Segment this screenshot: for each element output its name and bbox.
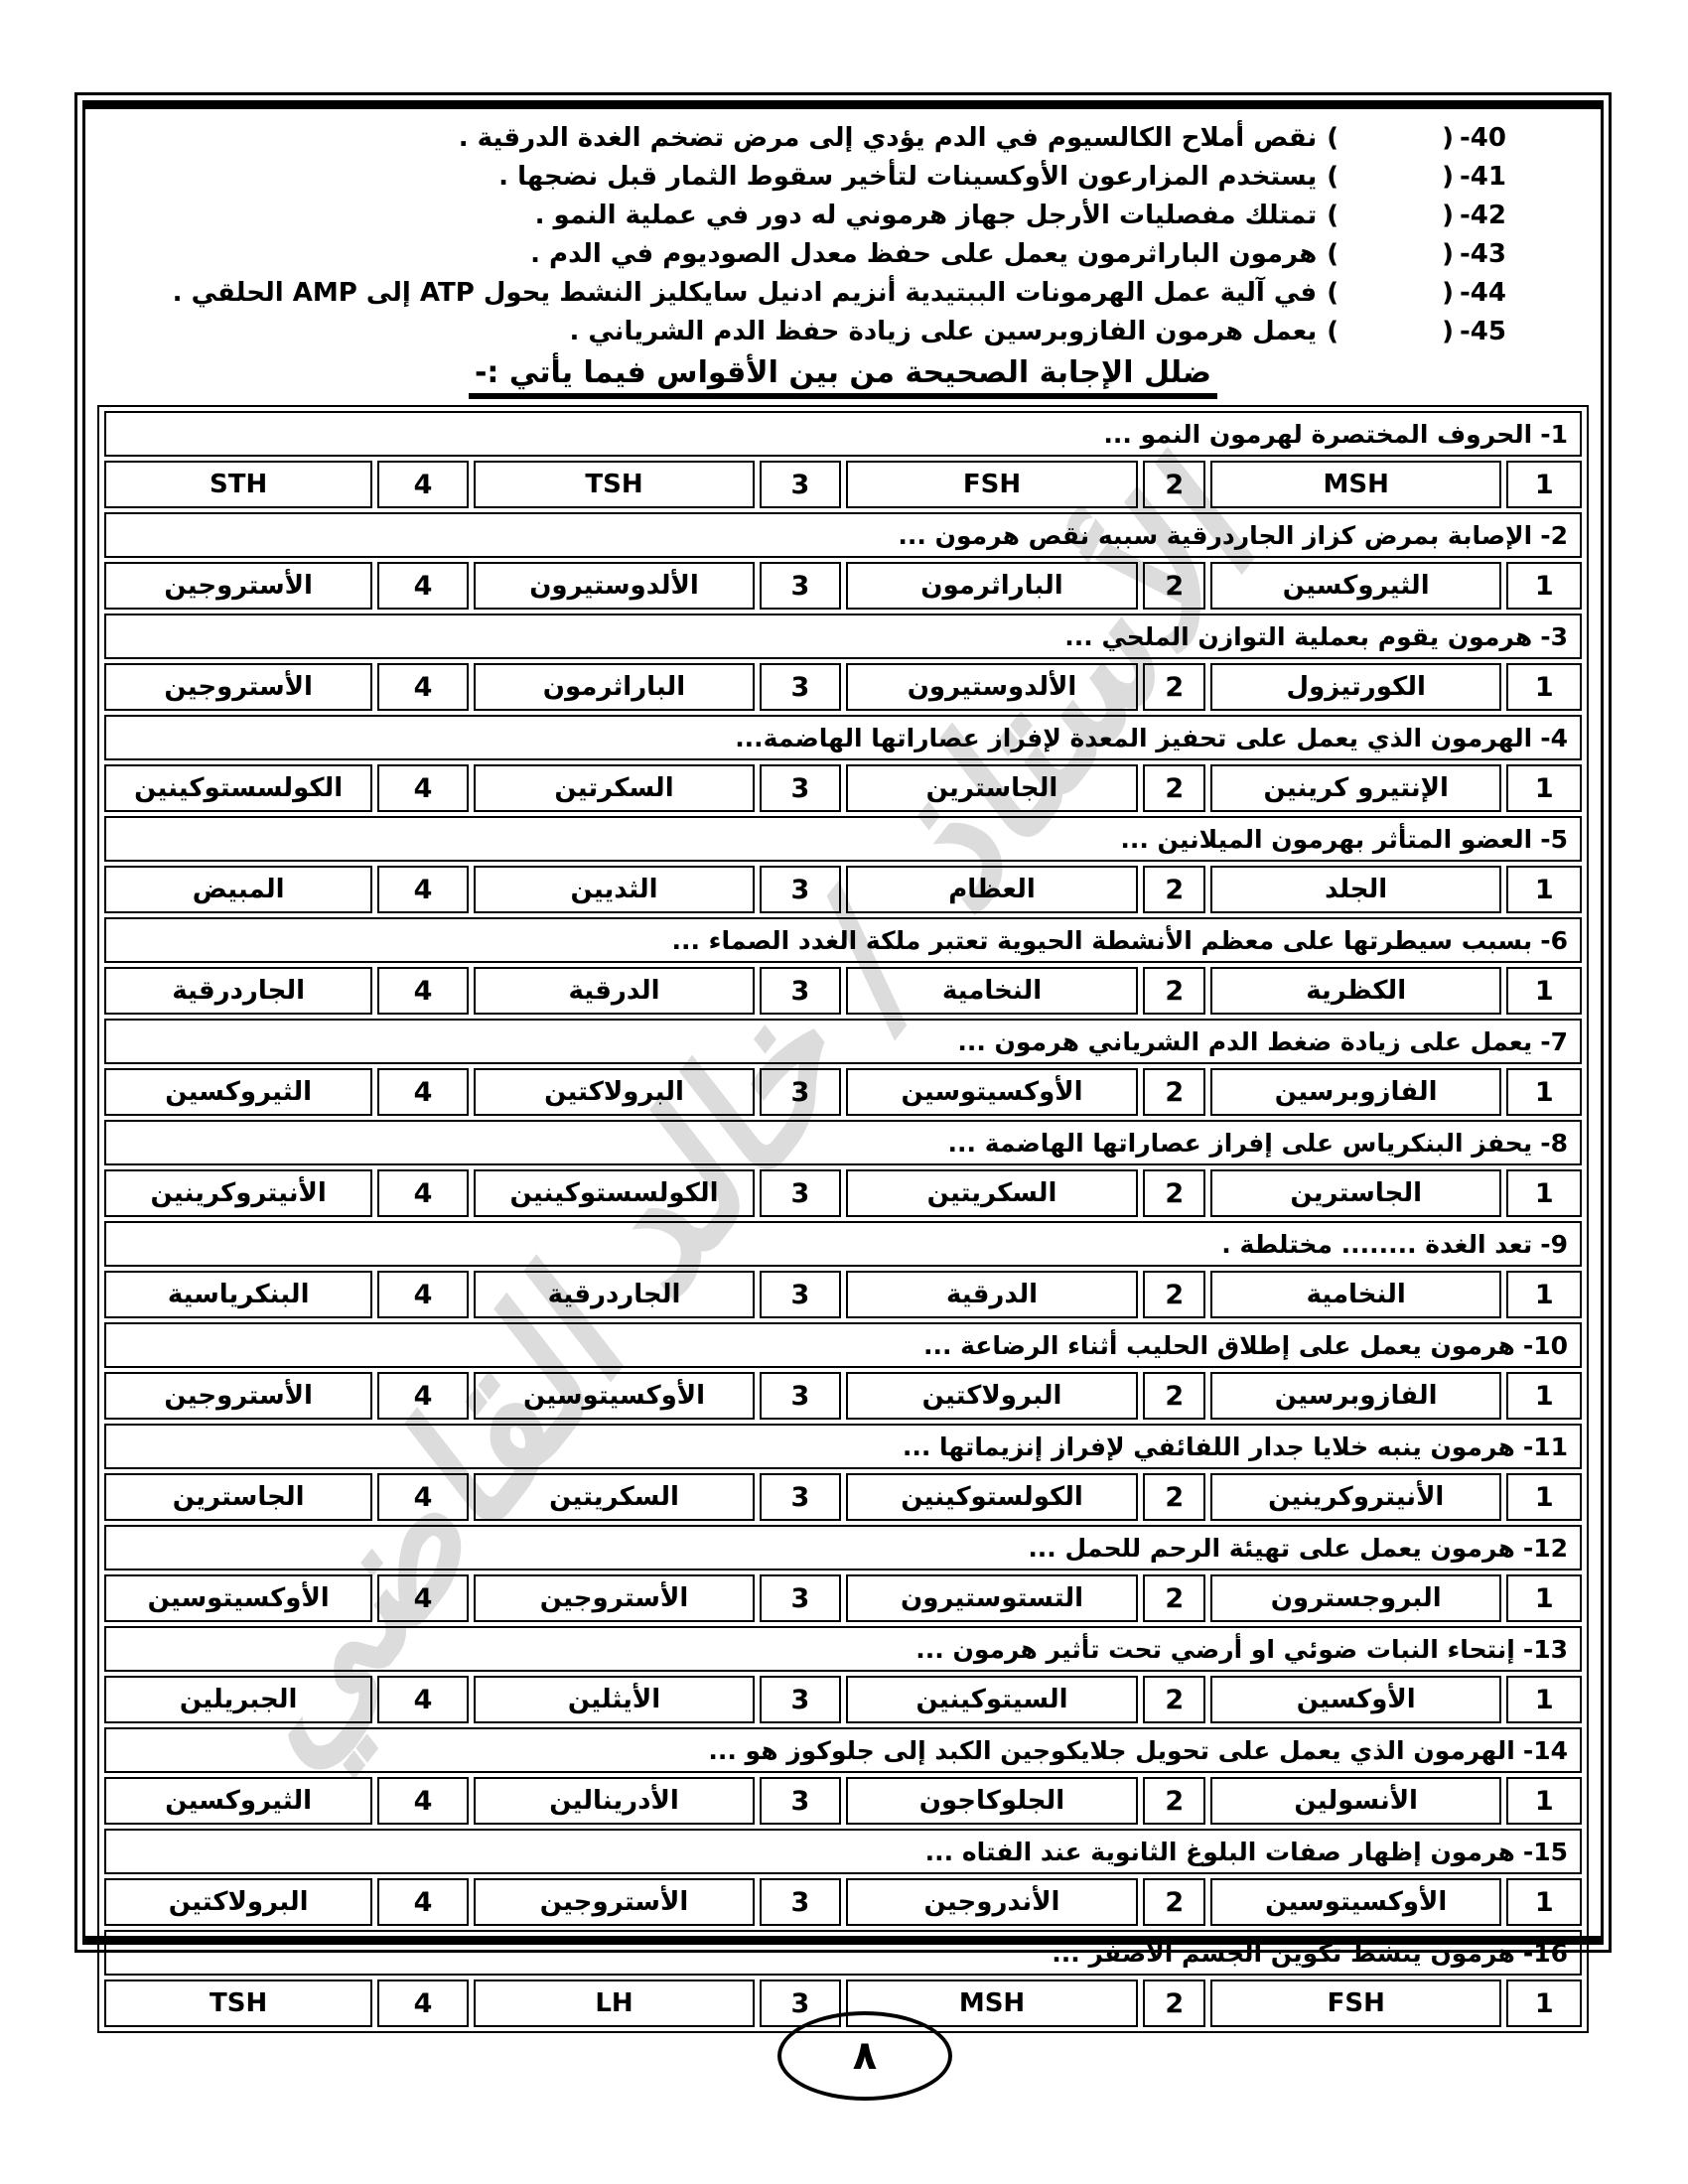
question-cell: -6بسبب سيطرتها على معظم الأنشطة الحيوية … (104, 917, 1582, 963)
option-cell: الثديين (474, 866, 755, 913)
option-number: 3 (790, 1280, 809, 1310)
option-number: 3 (790, 1482, 809, 1513)
statement-text: في آلية عمل الهرمونات الببتيدية أنزيم اد… (173, 274, 1318, 313)
option-text: الجاردرقية (548, 1280, 681, 1309)
option-number: 2 (1165, 1280, 1184, 1310)
options-row: 1البروجسترون2التستوستيرون3الأستروجين4الأ… (104, 1574, 1582, 1622)
option-text: الكظرية (1306, 976, 1406, 1006)
answer-parens: () (1327, 313, 1454, 351)
question-number: -6 (1540, 926, 1568, 955)
question-cell: -15هرمون إظهار صفات البلوغ الثانوية عند … (104, 1829, 1582, 1874)
option-number-cell: 1 (1506, 1574, 1582, 1622)
option-cell: الباراثرمون (846, 562, 1139, 610)
option-number-cell: 1 (1506, 1473, 1582, 1521)
question-row: -10هرمون يعمل على إطلاق الحليب أثناء الر… (104, 1322, 1582, 1368)
option-number-cell: 1 (1506, 1372, 1582, 1420)
option-text: السكرتين (554, 773, 673, 803)
option-cell: TSH (104, 1979, 372, 2027)
statement-text: يعمل هرمون الفازوبرسين على زيادة حفظ الد… (569, 313, 1317, 351)
option-number: 1 (1535, 470, 1554, 500)
statement-number: -42 (1460, 197, 1511, 235)
statement-text: تمتلك مفصليات الأرجل جهاز هرموني له دور … (535, 197, 1318, 235)
option-text: الأوكسين (1297, 1685, 1416, 1714)
option-cell: الأنيتروكرينين (1210, 1473, 1502, 1521)
option-number: 2 (1165, 1381, 1184, 1412)
option-number-cell: 1 (1506, 663, 1582, 711)
option-number-cell: 1 (1506, 562, 1582, 610)
question-cell: -7يعمل على زيادة ضغط الدم الشرياني هرمون… (104, 1019, 1582, 1064)
option-cell: STH (104, 461, 372, 508)
option-cell: الثيروكسين (1210, 562, 1502, 610)
option-number-cell: 3 (760, 562, 840, 610)
option-cell: TSH (474, 461, 755, 508)
option-text: النخامية (942, 976, 1042, 1006)
page-number-ellipse: ٨ (777, 2011, 952, 2101)
option-cell: الدرقية (474, 967, 755, 1015)
question-cell: -12هرمون يعمل على تهيئة الرحم للحمل ... (104, 1525, 1582, 1570)
options-row: 1الكورتيزول2الألدوستيرون3الباراثرمون4الأ… (104, 663, 1582, 711)
question-number: -1 (1540, 420, 1568, 449)
options-row: 1الكظرية2النخامية3الدرقية4الجاردرقية (104, 967, 1582, 1015)
option-number: 1 (1535, 1381, 1554, 1412)
option-text: FSH (1328, 1988, 1385, 2018)
option-text: الدرقية (946, 1280, 1038, 1309)
question-text: هرمون يعمل على إطلاق الحليب أثناء الرضاع… (923, 1331, 1515, 1360)
option-number: 4 (414, 1685, 433, 1715)
question-row: -3هرمون يقوم بعملية التوازن الملحي ... (104, 614, 1582, 659)
option-cell: الأنسولين (1210, 1777, 1502, 1825)
option-number-cell: 3 (760, 764, 840, 812)
option-cell: الألدوستيرون (846, 663, 1139, 711)
option-number: 4 (414, 976, 433, 1007)
option-number-cell: 2 (1143, 1372, 1204, 1420)
option-number-cell: 4 (377, 1574, 469, 1622)
statement-number: -43 (1460, 235, 1511, 274)
option-cell: التستوستيرون (846, 1574, 1139, 1622)
option-text: الدرقية (568, 976, 659, 1006)
option-number: 2 (1165, 1583, 1184, 1614)
option-text: الجلوكاجون (919, 1786, 1064, 1816)
option-number: 3 (790, 773, 809, 804)
option-number: 2 (1165, 1178, 1184, 1209)
option-number-cell: 3 (760, 1068, 840, 1116)
question-cell: -3هرمون يقوم بعملية التوازن الملحي ... (104, 614, 1582, 659)
option-cell: الكورتيزول (1210, 663, 1502, 711)
question-text: هرمون ينشط تكوين الجسم الأصفر ... (1052, 1939, 1515, 1968)
question-text: الهرمون الذي يعمل على تحويل جلايكوجين ال… (708, 1736, 1515, 1765)
options-row: 1الأنسولين2الجلوكاجون3الأدرينالين4الثيرو… (104, 1777, 1582, 1825)
option-cell: البنكرياسية (104, 1271, 372, 1318)
option-text: الثيروكسين (165, 1786, 312, 1816)
option-cell: الفازوبرسين (1210, 1068, 1502, 1116)
option-number: 4 (414, 1583, 433, 1614)
option-number-cell: 1 (1506, 967, 1582, 1015)
option-number-cell: 4 (377, 1068, 469, 1116)
option-number: 1 (1535, 1077, 1554, 1108)
option-number-cell: 2 (1143, 562, 1204, 610)
option-cell: الفازوبرسين (1210, 1372, 1502, 1420)
option-text: الأستروجين (540, 1583, 689, 1613)
option-number-cell: 4 (377, 461, 469, 508)
question-number: -3 (1540, 622, 1568, 651)
statement-text: هرمون الباراثرمون يعمل على حفظ معدل الصو… (530, 235, 1317, 274)
option-number: 4 (414, 1887, 433, 1918)
option-number: 4 (414, 672, 433, 703)
question-cell: -9تعد الغدة ........ مختلطة . (104, 1221, 1582, 1267)
option-number-cell: 3 (760, 866, 840, 913)
option-text: الأيثلين (568, 1685, 660, 1714)
option-cell: الإنتيرو كرينين (1210, 764, 1502, 812)
option-number-cell: 4 (377, 1676, 469, 1723)
options-row: 1الفازوبرسين2الأوكسيتوسين3البرولاكتين4ال… (104, 1068, 1582, 1116)
option-number: 4 (414, 470, 433, 500)
option-number-cell: 3 (760, 663, 840, 711)
option-text: الجاسترين (926, 773, 1058, 803)
answer-parens: () (1327, 235, 1454, 274)
question-number: -15 (1523, 1838, 1568, 1866)
question-row: -5العضو المتأثر بهرمون الميلانين ... (104, 816, 1582, 862)
option-number: 1 (1535, 1887, 1554, 1918)
option-number-cell: 1 (1506, 866, 1582, 913)
statement-line: -41()يستخدم المزارعون الأوكسينات لتأخير … (101, 158, 1511, 197)
question-row: -15هرمون إظهار صفات البلوغ الثانوية عند … (104, 1829, 1582, 1874)
option-cell: المبيض (104, 866, 372, 913)
question-cell: -5العضو المتأثر بهرمون الميلانين ... (104, 816, 1582, 862)
option-number: 3 (790, 1583, 809, 1614)
option-number: 3 (790, 875, 809, 905)
option-number: 4 (414, 1988, 433, 2019)
option-number-cell: 1 (1506, 1777, 1582, 1825)
option-text: البرولاكتين (169, 1887, 309, 1917)
option-number: 2 (1165, 470, 1184, 500)
option-cell: الجبريلين (104, 1676, 372, 1723)
option-number: 4 (414, 773, 433, 804)
option-cell: النخامية (1210, 1271, 1502, 1318)
option-number: 2 (1165, 1685, 1184, 1715)
option-cell: الكظرية (1210, 967, 1502, 1015)
option-cell: الأستروجين (474, 1574, 755, 1622)
option-text: MSH (959, 1988, 1025, 2018)
statement-line: -42()تمتلك مفصليات الأرجل جهاز هرموني له… (101, 197, 1511, 235)
option-number-cell: 3 (760, 1372, 840, 1420)
option-number: 1 (1535, 976, 1554, 1007)
question-number: -9 (1540, 1230, 1568, 1259)
statement-line: -44()في آلية عمل الهرمونات الببتيدية أنز… (101, 274, 1511, 313)
question-text: هرمون إظهار صفات البلوغ الثانوية عند الف… (925, 1838, 1515, 1866)
answer-parens: () (1327, 197, 1454, 235)
option-cell: LH (474, 1979, 755, 2027)
option-text: السكريتين (549, 1482, 679, 1512)
option-number: 1 (1535, 1583, 1554, 1614)
question-text: الإصابة بمرض كزاز الجاردرقية سببه نقص هر… (898, 521, 1532, 550)
page-frame: -40()نقص أملاح الكالسيوم في الدم يؤدي إل… (74, 92, 1612, 1953)
mcq-heading: ضلل الإجابة الصحيحة من بين الأقواس فيما … (469, 355, 1217, 399)
option-number: 2 (1165, 976, 1184, 1007)
option-number-cell: 3 (760, 1777, 840, 1825)
option-number-cell: 2 (1143, 1068, 1204, 1116)
question-row: -14الهرمون الذي يعمل على تحويل جلايكوجين… (104, 1727, 1582, 1773)
option-number-cell: 3 (760, 1473, 840, 1521)
answer-parens: () (1327, 119, 1454, 158)
answer-parens: () (1327, 274, 1454, 313)
question-text: العضو المتأثر بهرمون الميلانين ... (1120, 825, 1532, 854)
statement-number: -45 (1460, 313, 1511, 351)
option-text: الألدوستيرون (908, 672, 1077, 702)
option-number-cell: 3 (760, 1574, 840, 1622)
question-cell: -1الحروف المختصرة لهرمون النمو ... (104, 411, 1582, 457)
option-cell: الكولستوكينين (846, 1473, 1139, 1521)
question-row: -13إنتحاء النبات ضوئي او أرضي تحت تأثير … (104, 1626, 1582, 1672)
question-text: بسبب سيطرتها على معظم الأنشطة الحيوية تع… (671, 926, 1532, 955)
option-cell: الأدرينالين (474, 1777, 755, 1825)
option-number-cell: 2 (1143, 1777, 1204, 1825)
option-number-cell: 3 (760, 967, 840, 1015)
question-cell: -4الهرمون الذي يعمل على تحفيز المعدة لإف… (104, 715, 1582, 760)
option-text: الجلد (1325, 875, 1387, 904)
statement-number: -44 (1460, 274, 1511, 313)
option-number: 4 (414, 1280, 433, 1310)
option-number: 1 (1535, 773, 1554, 804)
question-row: -9تعد الغدة ........ مختلطة . (104, 1221, 1582, 1267)
option-number-cell: 2 (1143, 461, 1204, 508)
option-number: 1 (1535, 571, 1554, 602)
option-cell: السكريتين (846, 1169, 1139, 1217)
option-text: الجاسترين (173, 1482, 305, 1512)
options-row: 1الإنتيرو كرينين2الجاسترين3السكرتين4الكو… (104, 764, 1582, 812)
option-cell: البرولاكتين (474, 1068, 755, 1116)
option-text: البرولاكتين (544, 1077, 684, 1107)
option-cell: الأوكسيتوسين (1210, 1878, 1502, 1926)
option-text: STH (210, 470, 267, 499)
option-text: الباراثرمون (920, 571, 1062, 601)
option-cell: السكرتين (474, 764, 755, 812)
question-row: -11هرمون ينبه خلايا جدار اللفائفي لإفراز… (104, 1424, 1582, 1469)
option-number-cell: 2 (1143, 1979, 1204, 2027)
option-cell: الأنيتروكرينين (104, 1169, 372, 1217)
question-text: هرمون يقوم بعملية التوازن الملحي ... (1064, 622, 1532, 651)
options-row: 1الأوكسيتوسين2الأندروجين3الأستروجين4البر… (104, 1878, 1582, 1926)
question-row: -7يعمل على زيادة ضغط الدم الشرياني هرمون… (104, 1019, 1582, 1064)
option-number: 4 (414, 1381, 433, 1412)
option-cell: السكريتين (474, 1473, 755, 1521)
option-number-cell: 4 (377, 866, 469, 913)
option-text: الأنيتروكرينين (151, 1178, 327, 1208)
option-cell: الأستروجين (474, 1878, 755, 1926)
question-text: هرمون ينبه خلايا جدار اللفائفي لإفراز إن… (903, 1433, 1515, 1461)
question-text: الهرمون الذي يعمل على تحفيز المعدة لإفرا… (735, 724, 1532, 752)
option-cell: البرولاكتين (104, 1878, 372, 1926)
option-text: الألدوستيرون (529, 571, 699, 601)
option-cell: الثيروكسين (104, 1777, 372, 1825)
option-number: 2 (1165, 1887, 1184, 1918)
question-row: -4الهرمون الذي يعمل على تحفيز المعدة لإف… (104, 715, 1582, 760)
option-number: 3 (790, 571, 809, 602)
option-text: الأدرينالين (549, 1786, 679, 1816)
question-cell: -8يحفز البنكرياس على إفراز عصاراتها الها… (104, 1120, 1582, 1165)
option-cell: الأوكسيتوسين (474, 1372, 755, 1420)
option-number-cell: 1 (1506, 461, 1582, 508)
option-number: 1 (1535, 672, 1554, 703)
frame-inner: -40()نقص أملاح الكالسيوم في الدم يؤدي إل… (82, 100, 1604, 1945)
option-text: الجاسترين (1290, 1178, 1422, 1208)
option-text: الأوكسيتوسين (901, 1077, 1082, 1107)
option-number-cell: 3 (760, 1676, 840, 1723)
option-cell: الثيروكسين (104, 1068, 372, 1116)
option-cell: الأستروجين (104, 1372, 372, 1420)
option-text: الفازوبرسين (1275, 1381, 1438, 1411)
option-cell: الكولسستوكينين (104, 764, 372, 812)
options-row: 1الثيروكسين2الباراثرمون3الألدوستيرون4الأ… (104, 562, 1582, 610)
option-number-cell: 1 (1506, 1271, 1582, 1318)
option-cell: الأوكسين (1210, 1676, 1502, 1723)
question-text: الحروف المختصرة لهرمون النمو ... (1103, 420, 1532, 449)
option-number: 3 (790, 672, 809, 703)
option-text: الجبريلين (180, 1685, 298, 1714)
option-cell: الأيثلين (474, 1676, 755, 1723)
question-text: تعد الغدة ........ مختلطة . (1221, 1230, 1532, 1259)
option-number: 3 (790, 1178, 809, 1209)
question-number: -14 (1523, 1736, 1568, 1765)
option-cell: الجلوكاجون (846, 1777, 1139, 1825)
option-cell: الجاردرقية (474, 1271, 755, 1318)
option-text: الأستروجين (540, 1887, 689, 1917)
option-cell: الجاردرقية (104, 967, 372, 1015)
question-text: يعمل على زيادة ضغط الدم الشرياني هرمون .… (957, 1027, 1532, 1056)
option-text: التستوستيرون (901, 1583, 1083, 1613)
option-text: الفازوبرسين (1275, 1077, 1438, 1107)
option-text: الثيروكسين (165, 1077, 312, 1107)
option-text: الكولستوكينين (901, 1482, 1083, 1512)
statement-number: -40 (1460, 119, 1511, 158)
option-number: 4 (414, 1178, 433, 1209)
option-number-cell: 2 (1143, 1676, 1204, 1723)
question-number: -8 (1540, 1129, 1568, 1158)
option-number-cell: 3 (760, 1169, 840, 1217)
option-text: TSH (585, 470, 642, 499)
option-number-cell: 4 (377, 1372, 469, 1420)
option-number-cell: 2 (1143, 764, 1204, 812)
option-cell: العظام (846, 866, 1139, 913)
option-text: الأندروجين (924, 1887, 1060, 1917)
option-text: MSH (1324, 470, 1389, 499)
option-number-cell: 2 (1143, 1271, 1204, 1318)
option-number: 4 (414, 571, 433, 602)
options-row: 1النخامية2الدرقية3الجاردرقية4البنكرياسية (104, 1271, 1582, 1318)
question-number: -4 (1540, 724, 1568, 752)
option-text: LH (595, 1988, 633, 2018)
option-cell: السيتوكينين (846, 1676, 1139, 1723)
options-row: 1الجاسترين2السكريتين3الكولسستوكينين4الأن… (104, 1169, 1582, 1217)
statement-text: نقص أملاح الكالسيوم في الدم يؤدي إلى مرض… (459, 119, 1317, 158)
options-row: 1الجلد2العظام3الثديين4المبيض (104, 866, 1582, 913)
statement-line: -40()نقص أملاح الكالسيوم في الدم يؤدي إل… (101, 119, 1511, 158)
option-cell: الجاسترين (1210, 1169, 1502, 1217)
option-cell: الدرقية (846, 1271, 1139, 1318)
option-cell: الكولسستوكينين (474, 1169, 755, 1217)
option-number: 3 (790, 470, 809, 500)
options-row: 1MSH2FSH3TSH4STH (104, 461, 1582, 508)
question-row: -16هرمون ينشط تكوين الجسم الأصفر ... (104, 1930, 1582, 1976)
question-row: -6بسبب سيطرتها على معظم الأنشطة الحيوية … (104, 917, 1582, 963)
option-text: الثيروكسين (1283, 571, 1430, 601)
true-false-statements-section: -40()نقص أملاح الكالسيوم في الدم يؤدي إل… (97, 117, 1589, 351)
option-number-cell: 1 (1506, 1878, 1582, 1926)
option-number: 1 (1535, 875, 1554, 905)
question-number: -13 (1523, 1635, 1568, 1664)
option-number-cell: 1 (1506, 1068, 1582, 1116)
option-number-cell: 4 (377, 1878, 469, 1926)
option-number: 1 (1535, 1482, 1554, 1513)
option-text: الإنتيرو كرينين (1264, 773, 1449, 803)
option-text: البروجسترون (1271, 1583, 1442, 1613)
statement-line: -45()يعمل هرمون الفازوبرسين على زيادة حف… (101, 313, 1511, 351)
option-number: 4 (414, 1482, 433, 1513)
question-text: يحفز البنكرياس على إفراز عصاراتها الهاضم… (948, 1129, 1533, 1158)
question-row: -8يحفز البنكرياس على إفراز عصاراتها الها… (104, 1120, 1582, 1165)
option-text: الكولسستوكينين (509, 1178, 718, 1208)
question-text: هرمون يعمل على تهيئة الرحم للحمل ... (1028, 1534, 1515, 1563)
option-number-cell: 2 (1143, 1878, 1204, 1926)
question-row: -2الإصابة بمرض كزاز الجاردرقية سببه نقص … (104, 512, 1582, 558)
question-cell: -16هرمون ينشط تكوين الجسم الأصفر ... (104, 1930, 1582, 1976)
option-number: 4 (414, 1077, 433, 1108)
option-text: الأوكسيتوسين (523, 1381, 705, 1411)
option-cell: الجلد (1210, 866, 1502, 913)
question-number: -2 (1540, 521, 1568, 550)
option-cell: النخامية (846, 967, 1139, 1015)
option-number: 1 (1535, 1786, 1554, 1817)
option-number: 2 (1165, 1482, 1184, 1513)
option-text: الأنيتروكرينين (1268, 1482, 1444, 1512)
question-text: إنتحاء النبات ضوئي او أرضي تحت تأثير هرم… (915, 1635, 1515, 1664)
option-text: الباراثرمون (543, 672, 685, 702)
option-number-cell: 4 (377, 764, 469, 812)
page-number: ٨ (853, 2033, 877, 2079)
option-number: 1 (1535, 1685, 1554, 1715)
option-number-cell: 4 (377, 1271, 469, 1318)
option-number-cell: 4 (377, 1777, 469, 1825)
option-number-cell: 3 (760, 1878, 840, 1926)
option-cell: البروجسترون (1210, 1574, 1502, 1622)
option-text: العظام (948, 875, 1036, 904)
question-number: -12 (1523, 1534, 1568, 1563)
option-number: 2 (1165, 1077, 1184, 1108)
option-cell: FSH (846, 461, 1139, 508)
option-number: 2 (1165, 571, 1184, 602)
mcq-table: -1الحروف المختصرة لهرمون النمو ...1MSH2F… (97, 405, 1589, 2033)
question-number: -5 (1540, 825, 1568, 854)
option-cell: البرولاكتين (846, 1372, 1139, 1420)
question-number: -16 (1523, 1939, 1568, 1968)
option-number: 1 (1535, 1280, 1554, 1310)
statement-text: يستخدم المزارعون الأوكسينات لتأخير سقوط … (498, 158, 1317, 197)
option-number-cell: 4 (377, 1979, 469, 2027)
option-number: 3 (790, 1786, 809, 1817)
option-number: 3 (790, 1887, 809, 1918)
option-cell: الجاسترين (104, 1473, 372, 1521)
option-number: 2 (1165, 672, 1184, 703)
option-number: 4 (414, 875, 433, 905)
option-number-cell: 4 (377, 1169, 469, 1217)
option-number-cell: 1 (1506, 1169, 1582, 1217)
option-number-cell: 4 (377, 1473, 469, 1521)
option-text: الأستروجين (164, 672, 313, 702)
option-text: السكريتين (927, 1178, 1057, 1208)
question-cell: -11هرمون ينبه خلايا جدار اللفائفي لإفراز… (104, 1424, 1582, 1469)
option-number: 3 (790, 1381, 809, 1412)
option-number: 3 (790, 1685, 809, 1715)
question-number: -10 (1523, 1331, 1568, 1360)
